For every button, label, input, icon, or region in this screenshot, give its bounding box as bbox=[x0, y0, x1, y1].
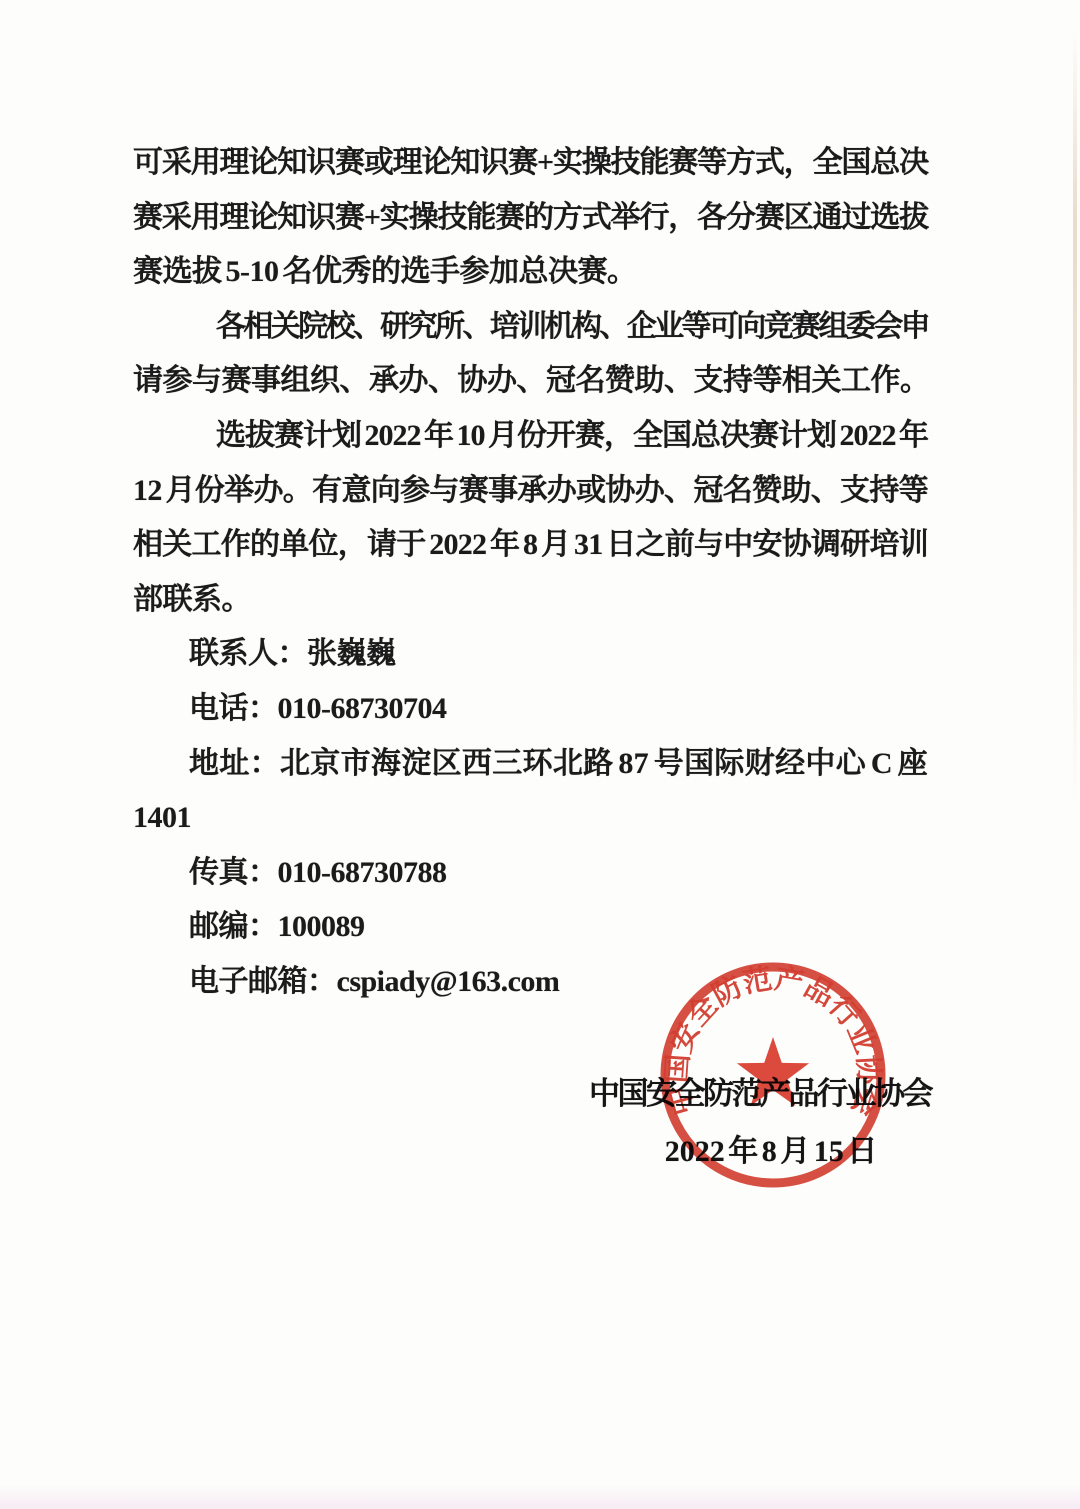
contact-person-line: 联系人：张巍巍 bbox=[133, 627, 928, 682]
body-line: 请参与赛事组织、承办、协办、冠名赞助、支持等相关工作。 bbox=[133, 354, 928, 409]
phone-line: 电话：010-68730704 bbox=[133, 682, 928, 737]
body-line: 选拔赛计划 2022 年 10 月份开赛，全国总决赛计划 2022 年 bbox=[133, 409, 928, 464]
letter-body: 可采用理论知识赛或理论知识赛+实操技能赛等方式，全国总决 赛采用理论知识赛+实操… bbox=[133, 136, 928, 1010]
body-line: 12 月份举办。有意向参与赛事承办或协办、冠名赞助、支持等 bbox=[133, 464, 928, 519]
body-line: 赛选拔 5-10 名优秀的选手参加总决赛。 bbox=[133, 245, 928, 300]
body-line: 部联系。 bbox=[133, 573, 928, 628]
body-line: 相关工作的单位，请于 2022 年 8 月 31 日之前与中安协调研培训 bbox=[133, 518, 928, 573]
address-line: 地址：北京市海淀区西三环北路 87 号国际财经中心 C 座 bbox=[133, 737, 928, 792]
seal-star-icon bbox=[737, 1037, 809, 1106]
body-line: 可采用理论知识赛或理论知识赛+实操技能赛等方式，全国总决 bbox=[133, 136, 928, 191]
address-line-continued: 1401 bbox=[133, 791, 928, 846]
body-line: 赛采用理论知识赛+实操技能赛的方式举行，各分赛区通过选拔 bbox=[133, 191, 928, 246]
scan-shadow-bottom bbox=[0, 1485, 1080, 1509]
scan-edge-artifact bbox=[1073, 30, 1077, 810]
document-page: 可采用理论知识赛或理论知识赛+实操技能赛等方式，全国总决 赛采用理论知识赛+实操… bbox=[0, 0, 1080, 1509]
official-seal: 中国安全防范产品行业协会 bbox=[638, 940, 908, 1210]
fax-line: 传真：010-68730788 bbox=[133, 846, 928, 901]
body-line: 各相关院校、研究所、培训机构、企业等可向竞赛组委会申 bbox=[133, 300, 928, 355]
